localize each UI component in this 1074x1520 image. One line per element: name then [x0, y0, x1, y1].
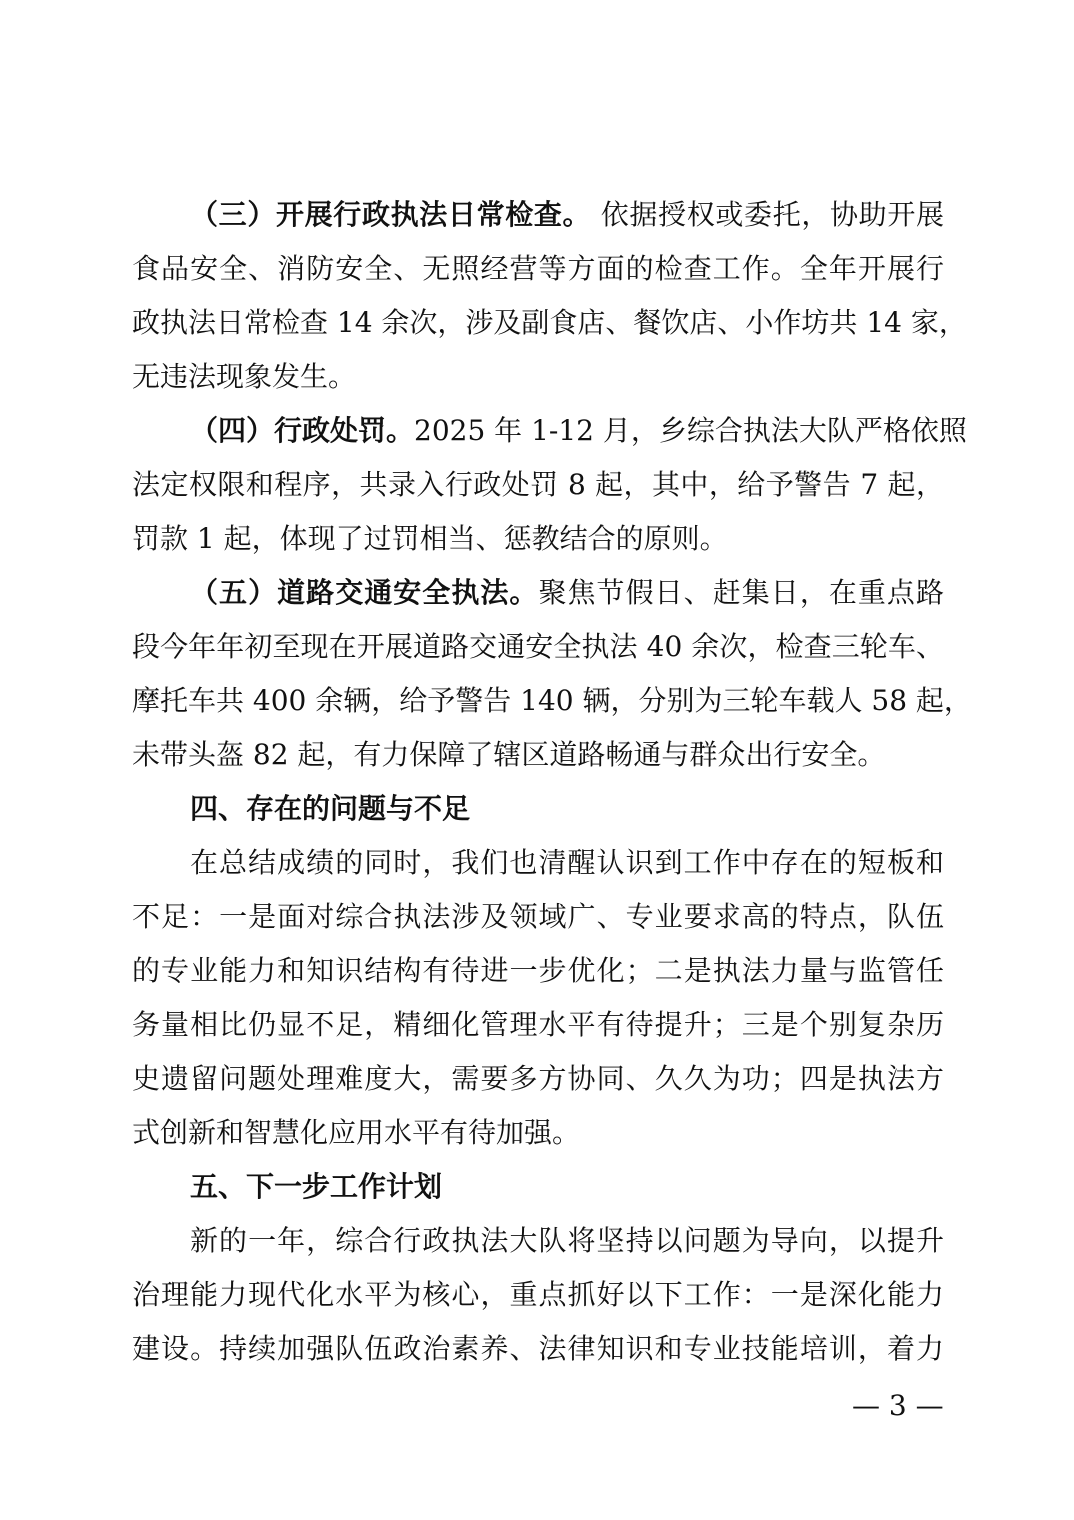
- page-number: — 3 —: [852, 1389, 944, 1422]
- section-lead: （五）道路交通安全执法。: [190, 576, 538, 609]
- paragraph-line: 无违法现象发生。: [132, 350, 944, 404]
- paragraph-line: 务量相比仍显不足，精细化管理水平有待提升；三是个别复杂历: [132, 998, 944, 1052]
- document-page: （三）开展行政执法日常检查。 依据授权或委托，协助开展 食品安全、消防安全、无照…: [132, 188, 944, 1376]
- paragraph-line: 治理能力现代化水平为核心，重点抓好以下工作：一是深化能力: [132, 1268, 944, 1322]
- paragraph-line: 政执法日常检查 14 余次，涉及副食店、餐饮店、小作坊共 14 家，: [132, 296, 944, 350]
- paragraph-line: 在总结成绩的同时，我们也清醒认识到工作中存在的短板和: [132, 836, 944, 890]
- paragraph-line: 食品安全、消防安全、无照经营等方面的检查工作。全年开展行: [132, 242, 944, 296]
- paragraph-line: 新的一年，综合行政执法大队将坚持以问题为导向，以提升: [132, 1214, 944, 1268]
- section-heading-problems: 四、存在的问题与不足: [132, 782, 944, 836]
- paragraph-line: 史遗留问题处理难度大，需要多方协同、久久为功；四是执法方: [132, 1052, 944, 1106]
- paragraph-line: 的专业能力和知识结构有待进一步优化；二是执法力量与监管任: [132, 944, 944, 998]
- paragraph-line: 建设。持续加强队伍政治素养、法律知识和专业技能培训，着力: [132, 1322, 944, 1376]
- paragraph-line: 段今年年初至现在开展道路交通安全执法 40 余次，检查三轮车、: [132, 620, 944, 674]
- paragraph-line: 式创新和智慧化应用水平有待加强。: [132, 1106, 944, 1160]
- paragraph-line: 未带头盔 82 起，有力保障了辖区道路畅通与群众出行安全。: [132, 728, 944, 782]
- section-lead: （三）开展行政执法日常检查。: [190, 198, 591, 231]
- paragraph-line: 法定权限和程序，共录入行政处罚 8 起，其中，给予警告 7 起，: [132, 458, 944, 512]
- paragraph-line: （四）行政处罚。2025 年 1-12 月，乡综合执法大队严格依照: [132, 404, 944, 458]
- paragraph-line: （五）道路交通安全执法。聚焦节假日、赶集日，在重点路: [132, 566, 944, 620]
- paragraph-line: 罚款 1 起，体现了过罚相当、惩教结合的原则。: [132, 512, 944, 566]
- paragraph-line: 不足：一是面对综合执法涉及领域广、专业要求高的特点，队伍: [132, 890, 944, 944]
- paragraph-line: 摩托车共 400 余辆，给予警告 140 辆，分别为三轮车载人 58 起，: [132, 674, 944, 728]
- paragraph-line: （三）开展行政执法日常检查。 依据授权或委托，协助开展: [132, 188, 944, 242]
- section-heading-next-plan: 五、下一步工作计划: [132, 1160, 944, 1214]
- section-lead: （四）行政处罚。: [190, 414, 414, 447]
